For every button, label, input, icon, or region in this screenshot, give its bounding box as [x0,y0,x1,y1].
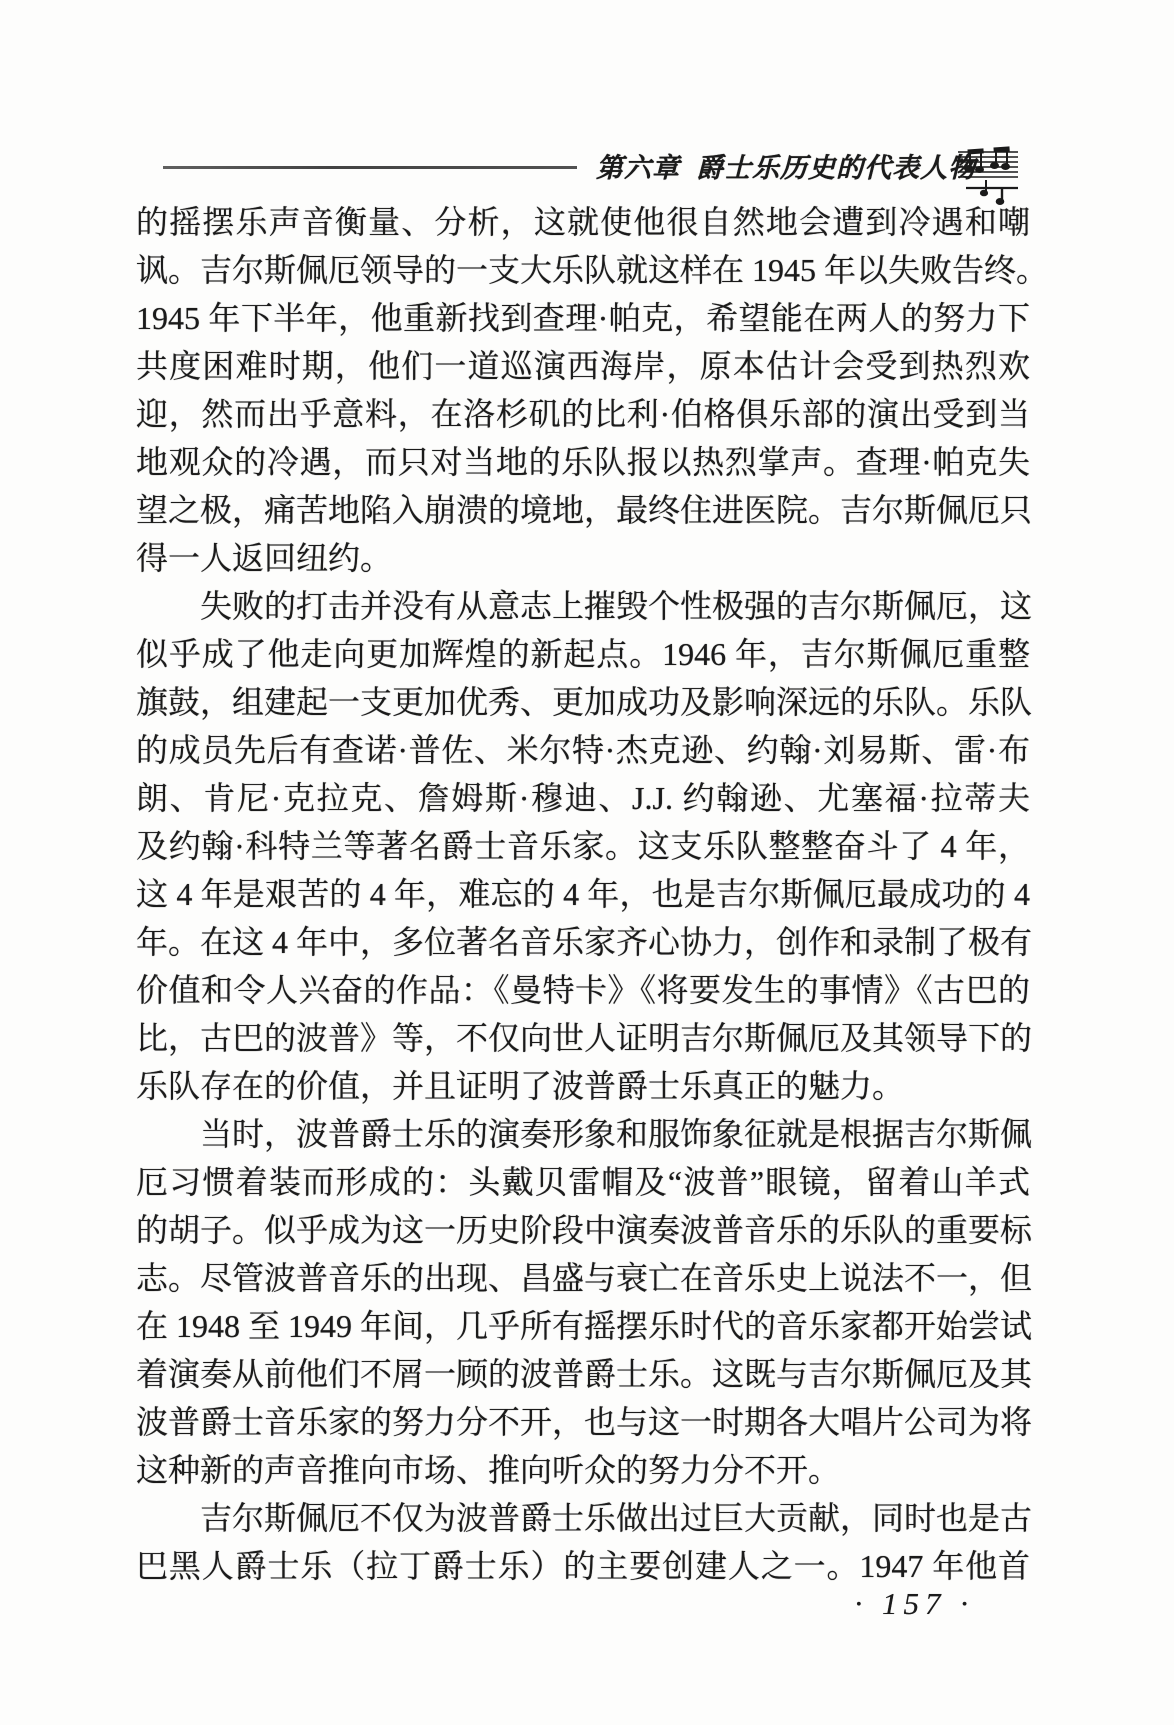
text-line: 这种新的声音推向市场、推向听众的努力分不开。 [136,1446,1030,1494]
text-line: 旗鼓，组建起一支更加优秀、更加成功及影响深远的乐队。乐队 [136,678,1030,726]
book-page: 第六章爵士乐历史的代表人物 [0,0,1174,1725]
text-line: 的摇摆乐声音衡量、分析，这就使他很自然地会遭到冷遇和嘲 [136,198,1030,246]
page-number: · 157 · [136,1586,1030,1622]
text-line: 比，古巴的波普》等，不仅向世人证明吉尔斯佩厄及其领导下的 [136,1014,1030,1062]
text-line: 地观众的冷遇，而只对当地的乐队报以热烈掌声。查理·帕克失 [136,438,1030,486]
text-line: 志。尽管波普音乐的出现、昌盛与衰亡在音乐史上说法不一，但 [136,1254,1030,1302]
text-line: 当时，波普爵士乐的演奏形象和服饰象征就是根据吉尔斯佩 [136,1110,1030,1158]
text-line: 讽。吉尔斯佩厄领导的一支大乐队就这样在 1945 年以失败告终。 [136,246,1030,294]
text-line: 乐队存在的价值，并且证明了波普爵士乐真正的魅力。 [136,1062,1030,1110]
text-line: 失败的打击并没有从意志上摧毁个性极强的吉尔斯佩厄，这 [136,582,1030,630]
text-line: 波普爵士音乐家的努力分不开，也与这一时期各大唱片公司为将 [136,1398,1030,1446]
text-line: 厄习惯着装而形成的：头戴贝雷帽及“波普”眼镜，留着山羊式 [136,1158,1030,1206]
text-line: 这 4 年是艰苦的 4 年，难忘的 4 年，也是吉尔斯佩厄最成功的 4 [136,870,1030,918]
text-line: 着演奏从前他们不屑一顾的波普爵士乐。这既与吉尔斯佩厄及其 [136,1350,1030,1398]
chapter-title: 爵士乐历史的代表人物 [696,153,976,183]
header-rule [163,166,577,169]
chapter-label: 第六章 [596,153,680,183]
text-line: 1945 年下半年，他重新找到查理·帕克，希望能在两人的努力下 [136,294,1030,342]
text-line: 似乎成了他走向更加辉煌的新起点。1946 年，吉尔斯佩厄重整 [136,630,1030,678]
text-line: 得一人返回纽约。 [136,534,1030,582]
text-line: 吉尔斯佩厄不仅为波普爵士乐做出过巨大贡献，同时也是古 [136,1494,1030,1542]
text-line: 的胡子。似乎成为这一历史阶段中演奏波普音乐的乐队的重要标 [136,1206,1030,1254]
text-line: 及约翰·科特兰等著名爵士音乐家。这支乐队整整奋斗了 4 年， [136,822,1030,870]
text-line: 望之极，痛苦地陷入崩溃的境地，最终住进医院。吉尔斯佩厄只 [136,486,1030,534]
text-line: 价值和令人兴奋的作品：《曼特卡》《将要发生的事情》《古巴的 [136,966,1030,1014]
text-line: 迎，然而出乎意料，在洛杉矶的比利·伯格俱乐部的演出受到当 [136,390,1030,438]
text-line: 年。在这 4 年中，多位著名音乐家齐心协力，创作和录制了极有 [136,918,1030,966]
text-line: 在 1948 至 1949 年间，几乎所有摇摆乐时代的音乐家都开始尝试 [136,1302,1030,1350]
text-line: 巴黑人爵士乐（拉丁爵士乐）的主要创建人之一。1947 年他首 [136,1542,1030,1590]
text-line: 的成员先后有查诺·普佐、米尔特·杰克逊、约翰·刘易斯、雷·布 [136,726,1030,774]
body-text: 的摇摆乐声音衡量、分析，这就使他很自然地会遭到冷遇和嘲讽。吉尔斯佩厄领导的一支大… [136,198,1030,1590]
text-line: 朗、肯尼·克拉克、詹姆斯·穆迪、J.J. 约翰逊、尤塞福·拉蒂夫 [136,774,1030,822]
text-line: 共度困难时期，他们一道巡演西海岸，原本估计会受到热烈欢 [136,342,1030,390]
chapter-heading: 第六章爵士乐历史的代表人物 [596,146,976,185]
